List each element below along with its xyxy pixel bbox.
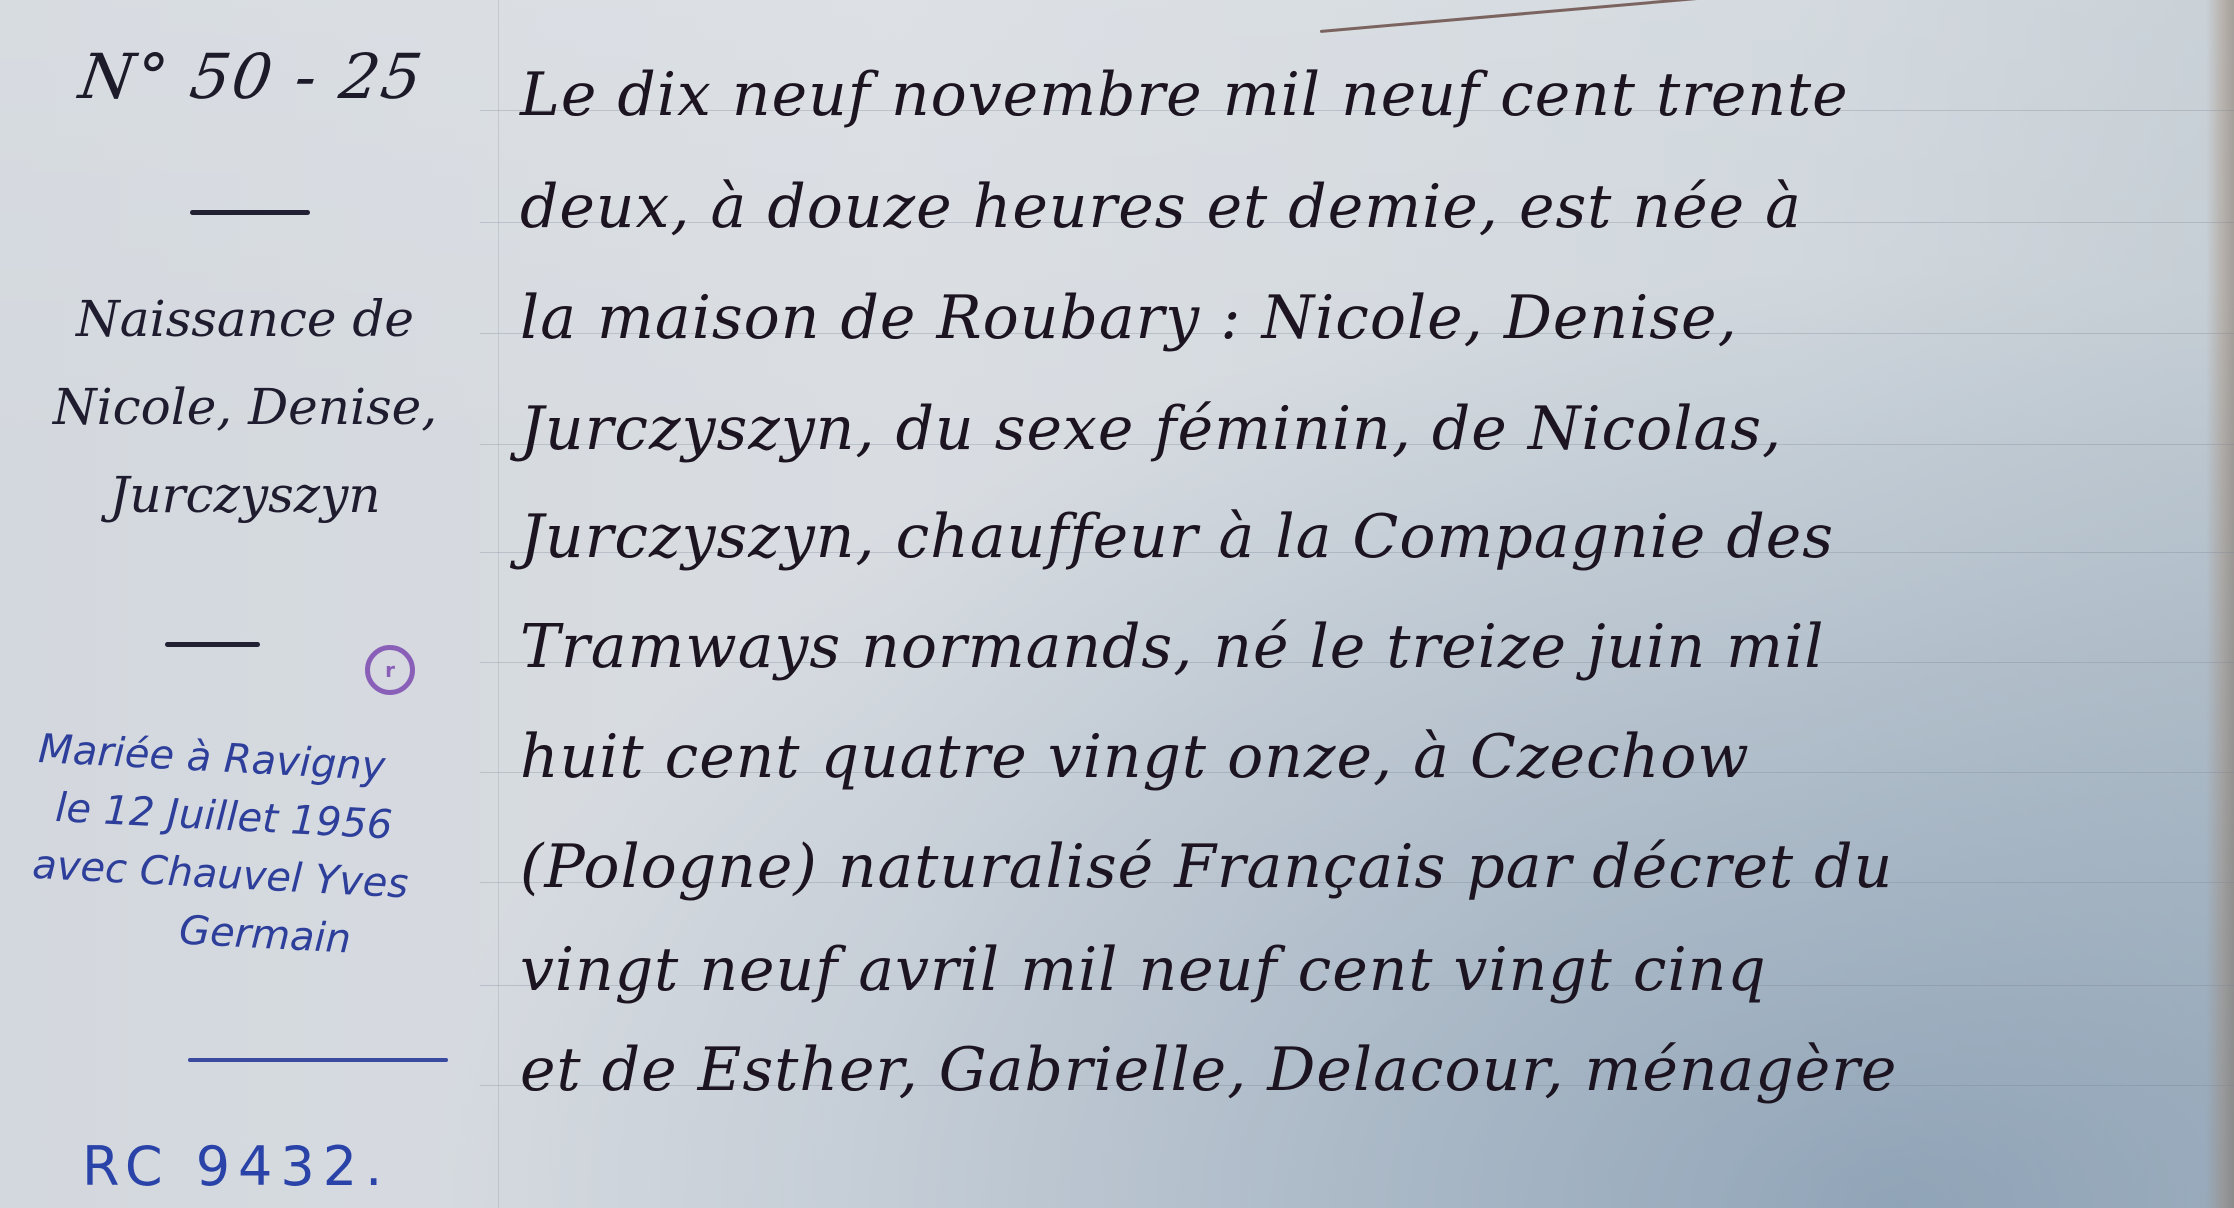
reference-number: RC 9432. — [82, 1135, 390, 1198]
marriage-annotation: Mariée à Ravigny le 12 Juillet 1956 avec… — [28, 720, 480, 975]
margin-title-line: Jurczyszyn — [10, 451, 480, 539]
body-line: vingt neuf avril mil neuf cent vingt cin… — [520, 935, 1767, 1005]
pencil-mark — [1320, 0, 1838, 33]
body-line: deux, à douze heures et demie, est née à — [520, 172, 1802, 242]
separator-dash — [165, 642, 260, 647]
body-line: Jurczyszyn, du sexe féminin, de Nicolas, — [520, 394, 1782, 464]
margin-divider — [498, 0, 499, 1208]
margin-title: Naissance de Nicole, Denise, Jurczyszyn — [10, 275, 480, 539]
body-line: Tramways normands, né le treize juin mil — [520, 612, 1824, 682]
document-page: N° 50 - 25 Naissance de Nicole, Denise, … — [0, 0, 2234, 1208]
body-line: Le dix neuf novembre mil neuf cent trent… — [520, 60, 1849, 130]
stamp-symbol: r — [385, 658, 395, 682]
body-line: la maison de Roubary : Nicole, Denise, — [520, 283, 1738, 353]
margin-title-line: Naissance de — [10, 275, 480, 363]
body-line: et de Esther, Gabrielle, Delacour, ménag… — [520, 1035, 1897, 1105]
margin-column: N° 50 - 25 Naissance de Nicole, Denise, … — [0, 0, 480, 1208]
page-edge-shadow — [2206, 0, 2234, 1208]
separator-dash — [190, 210, 310, 215]
annotation-underline — [188, 1058, 448, 1062]
margin-title-line: Nicole, Denise, — [10, 363, 480, 451]
violet-stamp-icon: r — [365, 645, 415, 695]
body-line: (Pologne) naturalisé Français par décret… — [520, 832, 1893, 902]
entry-number: N° 50 - 25 — [75, 40, 428, 113]
body-line: huit cent quatre vingt onze, à Czechow — [520, 722, 1750, 792]
body-line: Jurczyszyn, chauffeur à la Compagnie des — [520, 502, 1834, 572]
